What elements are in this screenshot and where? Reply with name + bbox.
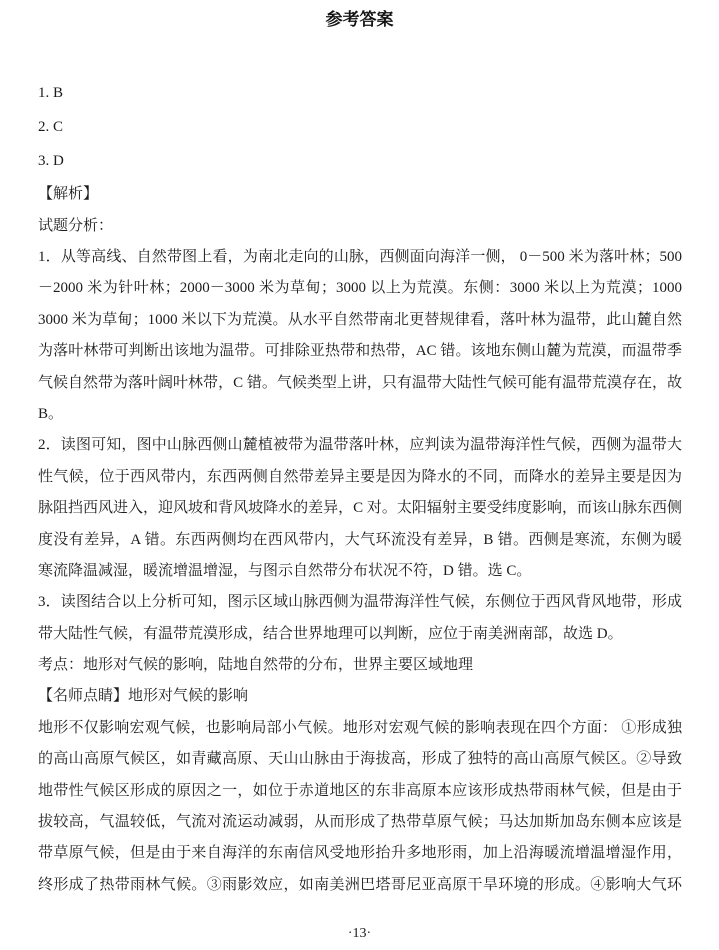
body-line: 寒流降温减湿，暖流增温增湿，与图示自然带分布状况不符，D 错。选 C。: [38, 556, 682, 587]
body-line: 拔较高，气温较低，气流对流运动减弱，从而形成了热带草原气候；马达加斯加岛东侧本应…: [38, 807, 682, 838]
answer-list: 1. B 2. C 3. D: [38, 76, 682, 178]
body-line: 气候自然带为落叶阔叶林带，C 错。气候类型上讲，只有温带大陆性气候可能有温带荒漠…: [38, 368, 682, 399]
body-line: 3．读图结合以上分析可知，图示区域山脉西侧为温带海洋性气候，东侧位于西风背风地带…: [38, 587, 682, 618]
body-line: －2000 米为针叶林；2000－3000 米为草甸；3000 以上为荒漠。东侧…: [38, 273, 682, 304]
document-content: 1. B 2. C 3. D 【解析】 试题分析： 1．从等高线、自然带图上看，…: [0, 76, 719, 901]
body-line: 【名师点睛】地形对气候的影响: [38, 681, 682, 712]
body-line: 考点：地形对气候的影响，陆地自然带的分布，世界主要区域地理: [38, 650, 682, 681]
body-line: 地形不仅影响宏观气候，也影响局部小气候。地形对宏观气候的影响表现在四个方面： ①…: [38, 713, 682, 744]
body-line: 的高山高原气候区，如青藏高原、天山山脉由于海拔高，形成了独特的高山高原气候区。②…: [38, 744, 682, 775]
body-line: 1．从等高线、自然带图上看，为南北走向的山脉，西侧面向海洋一侧， 0－500 米…: [38, 242, 682, 273]
body-line: 脉阻挡西风进入，迎风坡和背风坡降水的差异，C 对。太阳辐射主要受纬度影响，而该山…: [38, 493, 682, 524]
body-line: 地带性气候区形成的原因之一，如位于赤道地区的东非高原本应该形成热带雨林气候，但是…: [38, 776, 682, 807]
answer-line: 3. D: [38, 144, 682, 178]
body-line: 带草原气候，但是由于来自海洋的东南信风受地形抬升多地形雨，加上沿海暖流增温增湿作…: [38, 838, 682, 869]
analysis-header: 【解析】: [38, 178, 682, 210]
analysis-body: 1．从等高线、自然带图上看，为南北走向的山脉，西侧面向海洋一侧， 0－500 米…: [38, 242, 682, 901]
body-line: 3000 米为草甸；1000 米以下为荒漠。从水平自然带南北更替规律看，落叶林为…: [38, 305, 682, 336]
body-line: 带大陆性气候，有温带荒漠形成，结合世界地理可以判断，应位于南美洲南部，故选 D。: [38, 619, 682, 650]
page-number: ·13·: [0, 926, 719, 942]
body-line: 为落叶林带可判断出该地为温带。可排除亚热带和热带，AC 错。该地东侧山麓为荒漠，…: [38, 336, 682, 367]
page-title: 参考答案: [0, 10, 719, 30]
body-line: 性气候，位于西风带内，东西两侧自然带差异主要是因为降水的不同，而降水的差异主要是…: [38, 462, 682, 493]
body-line: 度没有差异，A 错。东西两侧均在西风带内，大气环流没有差异，B 错。西侧是寒流，…: [38, 525, 682, 556]
answer-line: 1. B: [38, 76, 682, 110]
body-line: B。: [38, 399, 682, 430]
body-line: 2．读图可知，图中山脉西侧山麓植被带为温带落叶林，应判读为温带海洋性气候，西侧为…: [38, 430, 682, 461]
body-line: 终形成了热带雨林气候。③雨影效应，如南美洲巴塔哥尼亚高原干旱环境的形成。④影响大…: [38, 870, 682, 901]
analysis-intro: 试题分析：: [38, 210, 682, 242]
answer-line: 2. C: [38, 110, 682, 144]
document-page: 参考答案 1. B 2. C 3. D 【解析】 试题分析： 1．从等高线、自然…: [0, 0, 719, 950]
